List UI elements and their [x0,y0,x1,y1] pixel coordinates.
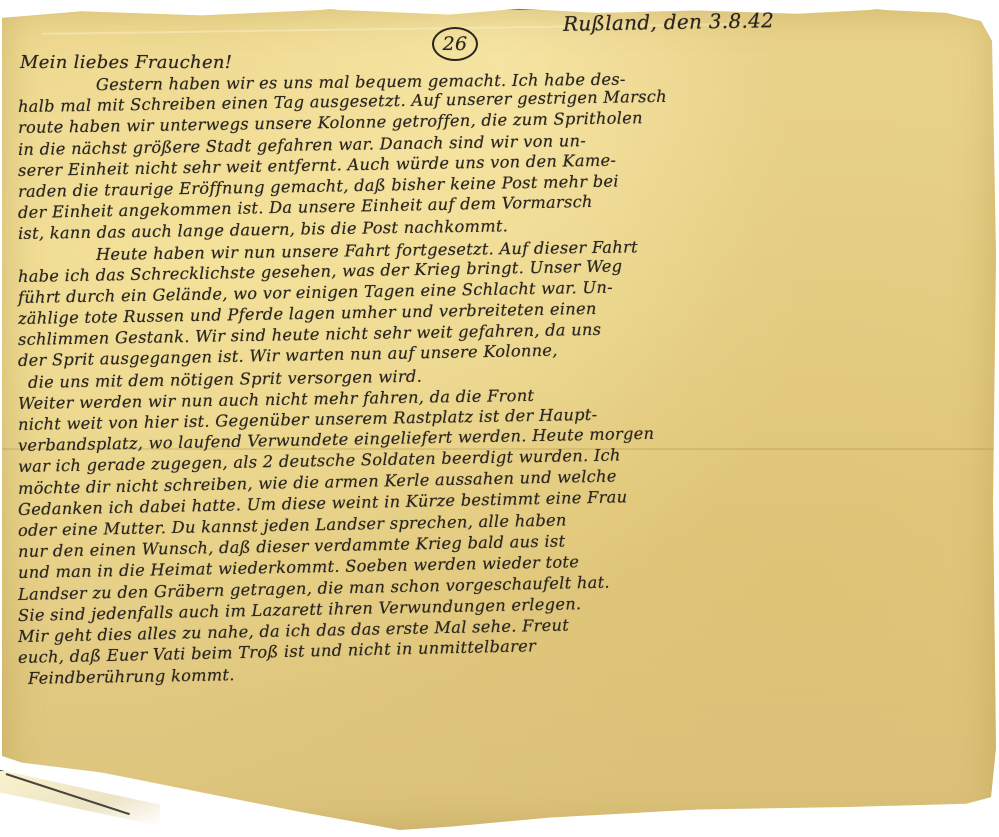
dateline: Rußland, den 3.8.42 [563,8,775,36]
letter-body: Gestern haben wir es uns mal bequem gema… [18,75,978,689]
scanned-letter: 26 Rußland, den 3.8.42 Mein liebes Frauc… [0,0,999,837]
salutation: Mein liebes Frauchen! [20,52,232,73]
paper-top-edge [2,8,996,24]
page-number-circled: 26 [432,27,478,61]
